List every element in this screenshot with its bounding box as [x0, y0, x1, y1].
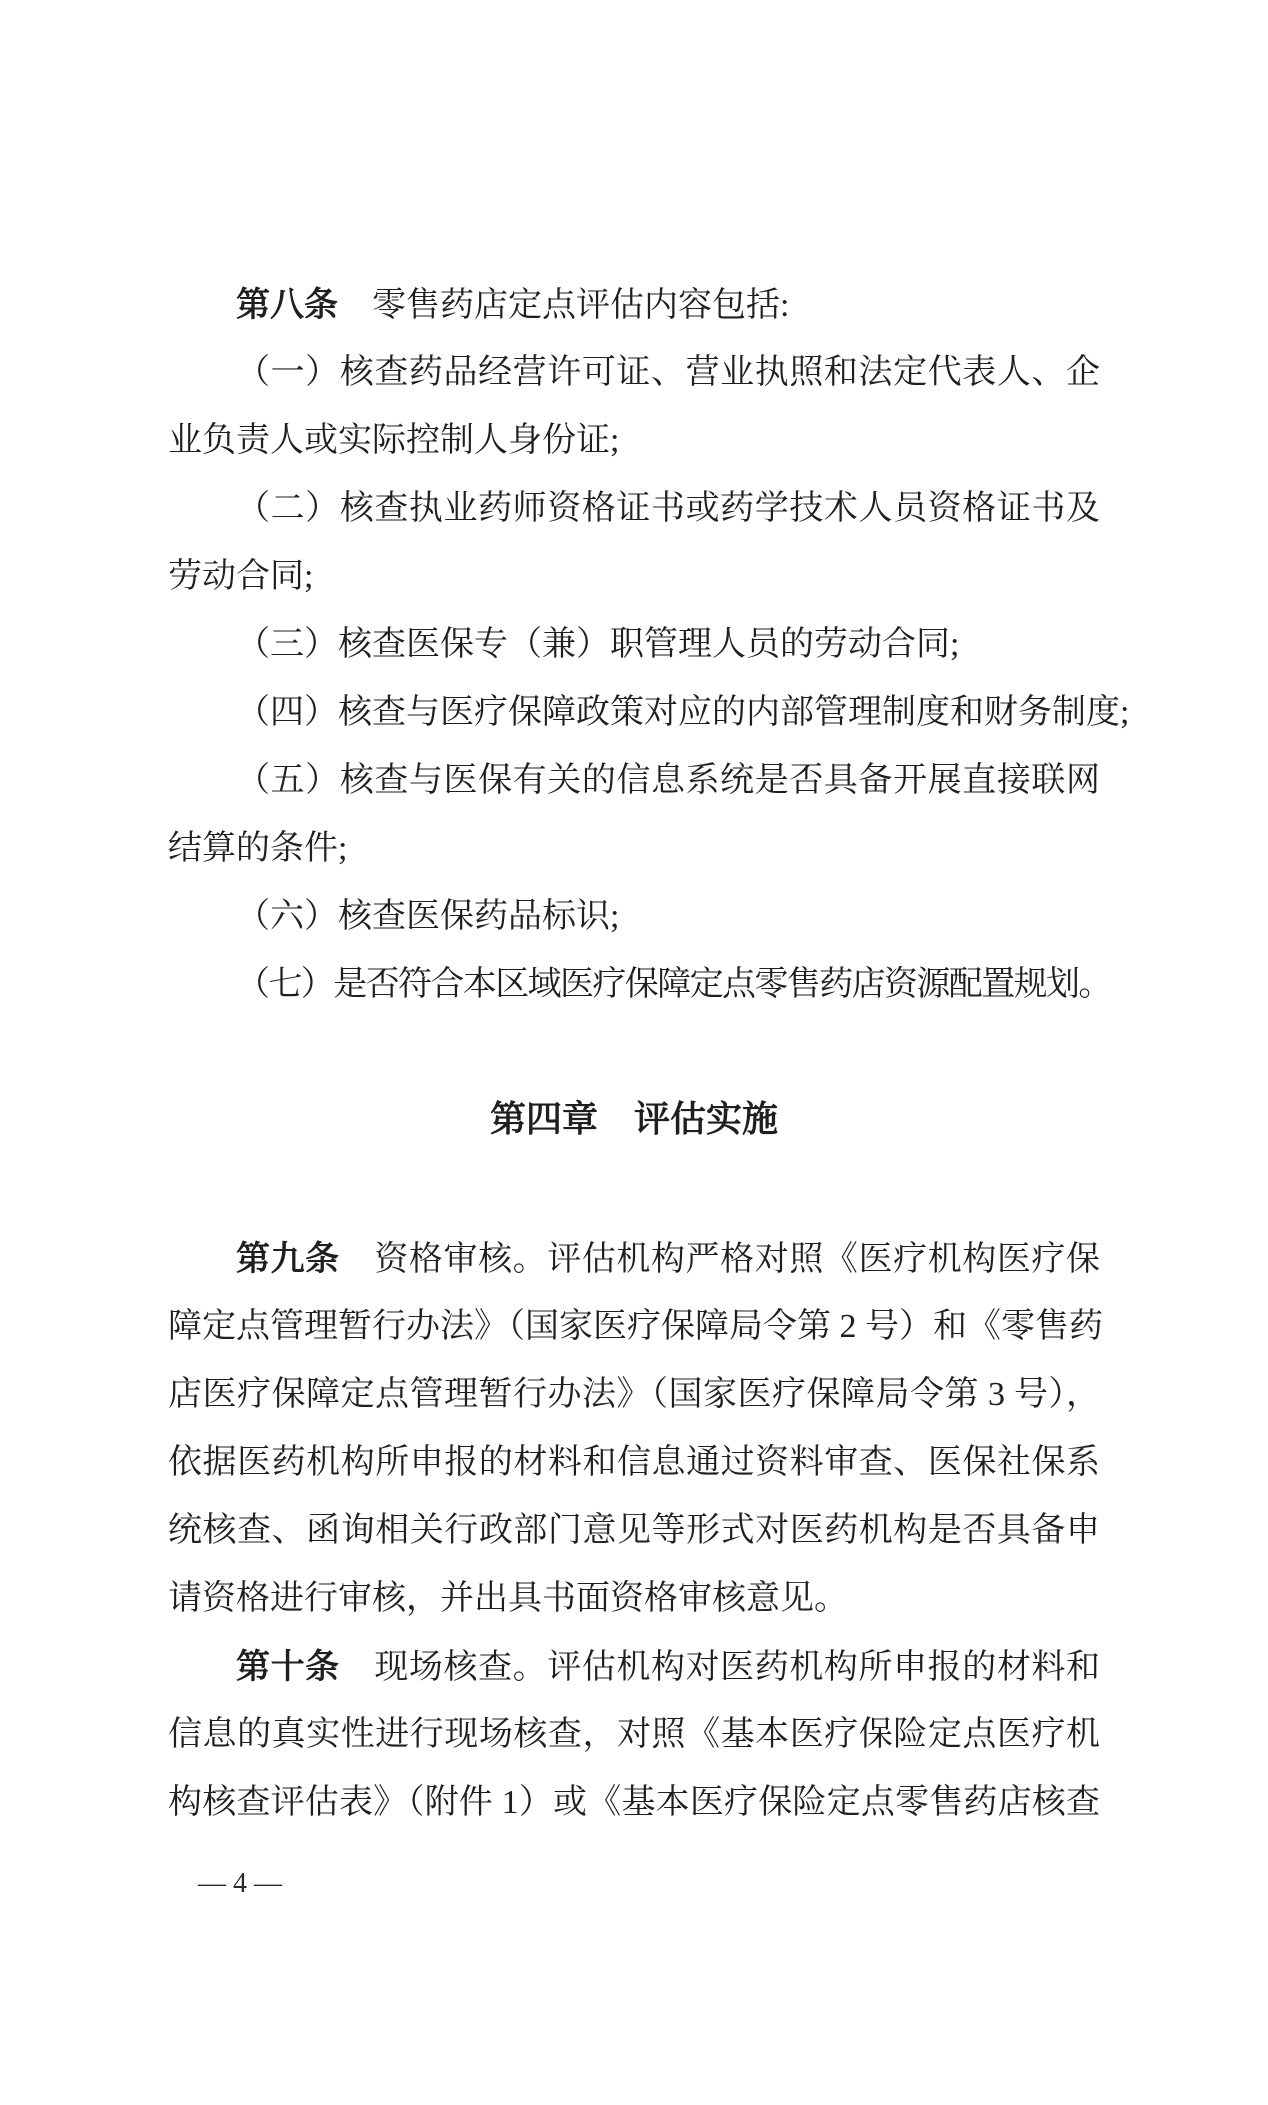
page-number: — 4 —	[198, 1862, 282, 1906]
text-line: （四）核查与医疗保障政策对应的内部管理制度和财务制度;	[168, 679, 1100, 747]
text-line: 信息的真实性进行现场核查，对照《基本医疗保险定点医疗机	[168, 1701, 1100, 1769]
text-line: 统核查、函询相关行政部门意见等形式对医药机构是否具备申	[168, 1497, 1100, 1565]
text-line: （七）是否符合本区域医疗保障定点零售药店资源配置规划。	[168, 951, 1100, 1019]
text-line: 结算的条件;	[168, 815, 1100, 883]
text-line: （六）核查医保药品标识;	[168, 883, 1100, 951]
text-line: 业负责人或实际控制人身份证;	[168, 407, 1100, 475]
text-line: 构核查评估表》（附件 1）或《基本医疗保险定点零售药店核查	[168, 1769, 1100, 1837]
text-line: 依据医药机构所申报的材料和信息通过资料审查、医保社保系	[168, 1429, 1100, 1497]
text-line: 劳动合同;	[168, 543, 1100, 611]
text-line: 第八条 零售药店定点评估内容包括:	[168, 271, 1100, 339]
text-line: （三）核查医保专（兼）职管理人员的劳动合同;	[168, 611, 1100, 679]
document-page: 第八条 零售药店定点评估内容包括:（一）核查药品经营许可证、营业执照和法定代表人…	[0, 0, 1268, 2105]
document-body: 第八条 零售药店定点评估内容包括:（一）核查药品经营许可证、营业执照和法定代表人…	[168, 271, 1100, 1837]
article-number: 第八条	[236, 286, 338, 324]
article-number: 第九条	[236, 1240, 340, 1278]
chapter-heading: 第四章 评估实施	[168, 1085, 1100, 1153]
text-line: 第九条 资格审核。评估机构严格对照《医疗机构医疗保	[168, 1225, 1100, 1293]
text-line: （一）核查药品经营许可证、营业执照和法定代表人、企	[168, 339, 1100, 407]
article-number: 第十条	[236, 1648, 340, 1686]
text-line: 店医疗保障定点管理暂行办法》（国家医疗保障局令第 3 号），	[168, 1361, 1100, 1429]
text-line: （二）核查执业药师资格证书或药学技术人员资格证书及	[168, 475, 1100, 543]
text-line: （五）核查与医保有关的信息系统是否具备开展直接联网	[168, 747, 1100, 815]
text-line: 障定点管理暂行办法》（国家医疗保障局令第 2 号）和《零售药	[168, 1293, 1100, 1361]
text-line: 请资格进行审核，并出具书面资格审核意见。	[168, 1565, 1100, 1633]
text-line: 第十条 现场核查。评估机构对医药机构所申报的材料和	[168, 1633, 1100, 1701]
